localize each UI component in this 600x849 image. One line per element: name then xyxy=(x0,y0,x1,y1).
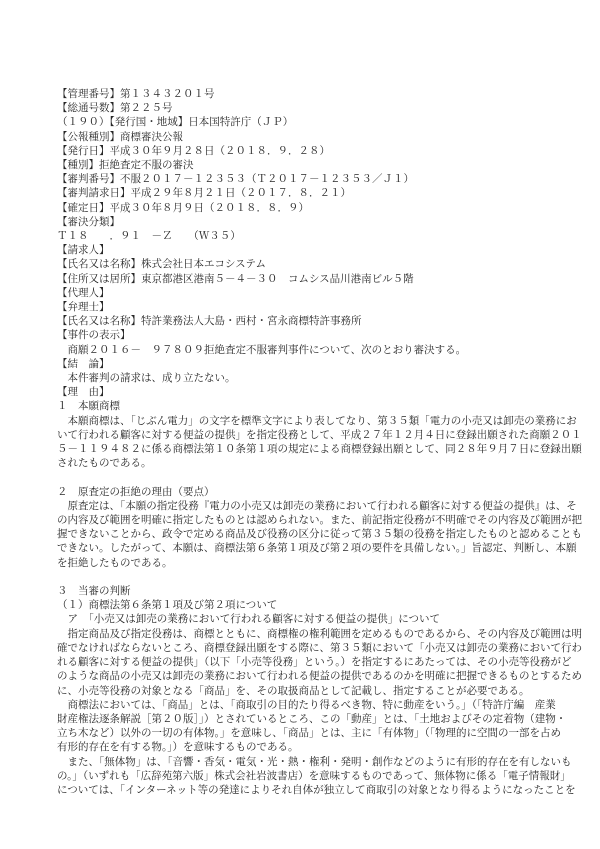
document-text-line: 確でなければならないところ、商標登録出願をする際に、第３５類において「小売又は卸… xyxy=(57,642,551,656)
document-text-line: １ 本願商標 xyxy=(57,400,551,414)
document-text-line: 本件審判の請求は、成り立たない。 xyxy=(57,372,551,386)
document-text-line: ５－１１９４８２に係る商標法第１０条第１項の規定による商標登録出願として、同２８… xyxy=(57,443,551,457)
document-text-line: を拒絶したものである。 xyxy=(57,557,551,571)
document-text-line: 商標法においては、「商品」とは、「商取引の目的たり得るべき物、特に動産をいう。」… xyxy=(57,699,551,713)
document-text-line: 立ち木など）以外の一切の有体物。」を意味し、「商品」とは、主に「有体物」（「物理… xyxy=(57,727,551,741)
document-text-line: （１）商標法第６条第１項及び第２項について xyxy=(57,599,551,613)
document-text-line: 握できないことから、政令で定める商品及び役務の区分に従って第３５類の役務を指定し… xyxy=(57,528,551,542)
document-text-line: 【管理番号】第１３４３２０１号 xyxy=(57,88,551,102)
document-text-line: 【発行日】平成３０年９月２８日（２０１８．９．２８） xyxy=(57,145,551,159)
gazette-page: 【管理番号】第１３４３２０１号【総通号数】第２２５号（１９０）【発行国・地域】日… xyxy=(0,0,600,849)
document-text-line: 原査定は、「本願の指定役務『電力の小売又は卸売の業務において行われる顧客に対する… xyxy=(57,500,551,514)
document-text-line: 【種別】拒絶査定不服の審決 xyxy=(57,159,551,173)
document-text-line: 【代理人】 xyxy=(57,287,551,301)
document-text-line: に、小売等役務の対象となる「商品」を、その取扱商品として記載し、指定することが必… xyxy=(57,685,551,699)
document-text-line: 【請求人】 xyxy=(57,244,551,258)
document-text-line: ア 「小売又は卸売の業務において行われる顧客に対する便益の提供」について xyxy=(57,613,551,627)
document-text-line: 【公報種別】商標審決公報 xyxy=(57,131,551,145)
document-text-line: の。」（いずれも「広辞苑第六版」株式会社岩波書店）を意味するものであって、無体物… xyxy=(57,770,551,784)
document-text-line: れる顧客に対する便益の提供」（以下「小売等役務」という。）を指定するにあたっては… xyxy=(57,656,551,670)
document-text-line: 【総通号数】第２２５号 xyxy=(57,102,551,116)
document-text-line: 有形的存在を有する物。」）を意味するものである。 xyxy=(57,741,551,755)
document-text-line: のような商品の小売又は卸売の業務において行われる便益の提供であるのかを明確に把握… xyxy=(57,670,551,684)
document-text-line: の内容及び範囲を明確に指定したものとは認められない。また、前記指定役務が不明確で… xyxy=(57,514,551,528)
document-text-line: （１９０）【発行国・地域】日本国特許庁（ＪＰ） xyxy=(57,116,551,130)
document-text-line: 【審判請求日】平成２９年８月２１日（２０１７．８．２１） xyxy=(57,187,551,201)
document-text-line: ３ 当審の判断 xyxy=(57,585,551,599)
document-text-line: 【審判番号】不服２０１７－１２３５３（Ｔ２０１７－１２３５３／Ｊ１） xyxy=(57,173,551,187)
document-text-line: 【氏名又は名称】特許業務法人大島・西村・宮永商標特許事務所 xyxy=(57,315,551,329)
document-blank-line xyxy=(57,471,551,485)
document-text-line: できない。したがって、本願は、商標法第６条第１項及び第２項の要件を具備しない。」… xyxy=(57,542,551,556)
document-text-line: また、「無体物」は、「音響・香気・電気・光・熱・権利・発明・創作などのように有形… xyxy=(57,756,551,770)
document-body: 【管理番号】第１３４３２０１号【総通号数】第２２５号（１９０）【発行国・地域】日… xyxy=(57,88,551,798)
document-text-line: 商願２０１６－ ９７８０９拒絶査定不服審判事件について、次のとおり審決する。 xyxy=(57,344,551,358)
document-text-line: 本願商標は、「じぶん電力」の文字を標準文字により表してなり、第３５類「電力の小売… xyxy=(57,415,551,429)
document-text-line: 【審決分類】 xyxy=(57,216,551,230)
document-text-line: されたものである。 xyxy=(57,457,551,471)
document-text-line: 【弁理士】 xyxy=(57,301,551,315)
document-text-line: 指定商品及び指定役務は、商標とともに、商標権の権利範囲を定めるものであるから、そ… xyxy=(57,628,551,642)
document-text-line: 財産権法逐条解説［第２０版］」）とされているところ、この「動産」とは、「土地およ… xyxy=(57,713,551,727)
document-text-line: 【事件の表示】 xyxy=(57,329,551,343)
document-text-line: については、「インターネット等の発達によりそれ自体が独立して商取引の対象となり得… xyxy=(57,784,551,798)
document-text-line: 【結 論】 xyxy=(57,358,551,372)
document-text-line: 【理 由】 xyxy=(57,386,551,400)
document-text-line: いて行われる顧客に対する便益の提供」を指定役務として、平成２７年１２月４日に登録… xyxy=(57,429,551,443)
document-text-line: 【確定日】平成３０年８月９日（２０１８．８．９） xyxy=(57,202,551,216)
document-text-line: ２ 原査定の拒絶の理由（要点） xyxy=(57,486,551,500)
document-text-line: 【氏名又は名称】株式会社日本エコシステム xyxy=(57,258,551,272)
document-blank-line xyxy=(57,571,551,585)
document-text-line: Ｔ１８ ．９１ －Ｚ （Ｗ３５） xyxy=(57,230,551,244)
document-text-line: 【住所又は居所】東京都港区港南５－４－３０ コムシス品川港南ビル５階 xyxy=(57,273,551,287)
